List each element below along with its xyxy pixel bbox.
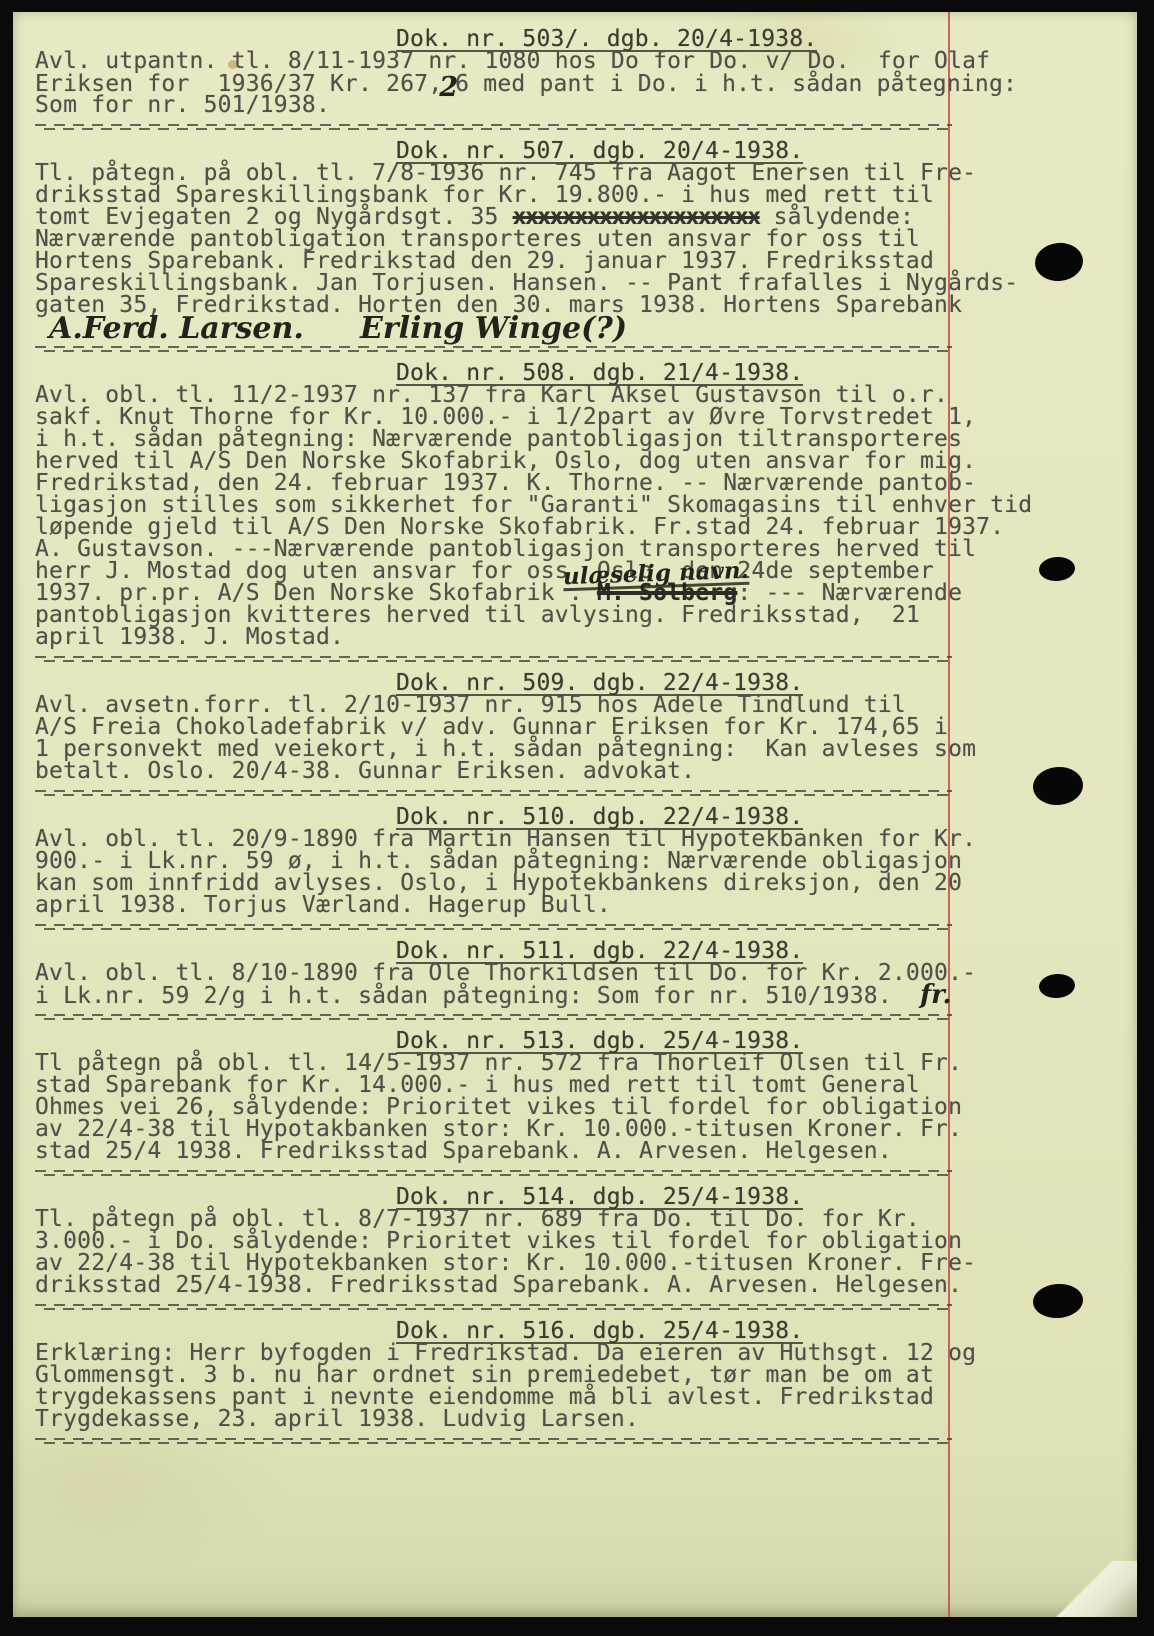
entry-line: stad Sparebank for Kr. 14.000.- i hus me… bbox=[35, 1074, 1115, 1096]
entry-line: Avl. avsetn.forr. tl. 2/10-1937 nr. 915 … bbox=[35, 694, 1115, 716]
entry-line: Ohmes vei 26, sålydende: Prioritet vikes… bbox=[35, 1096, 1115, 1118]
entry-header: Dok. nr. 513. dgb. 25/4-1938. bbox=[396, 1030, 1115, 1052]
entry-line: løpende gjeld til A/S Den Norske Skofabr… bbox=[35, 516, 1115, 538]
dashed-separator bbox=[35, 790, 952, 796]
entry-line: Spareskillingsbank. Jan Torjusen. Hansen… bbox=[35, 272, 1115, 294]
entry-line: herved til A/S Den Norske Skofabrik, Osl… bbox=[35, 450, 1115, 472]
register-entry-511: Dok. nr. 511. dgb. 22/4-1938.Avl. obl. t… bbox=[35, 940, 1115, 1020]
entry-line: april 1938. Torjus Værland. Hagerup Bull… bbox=[35, 894, 1115, 916]
entry-line: A. Gustavson. ---Nærværende pantobligasj… bbox=[35, 538, 1115, 560]
handwritten-text: A.Ferd. Larsen. bbox=[49, 311, 304, 346]
entry-line: av 22/4-38 til Hypotakbanken stor: Kr. 1… bbox=[35, 1118, 1115, 1140]
dashed-separator bbox=[35, 346, 952, 352]
entry-line: Tl. påtegn. på obl. tl. 7/8-1936 nr. 745… bbox=[35, 162, 1115, 184]
typed-text: april 1938. J. Mostad. bbox=[35, 624, 344, 650]
register-entry-509: Dok. nr. 509. dgb. 22/4-1938.Avl. avsetn… bbox=[35, 672, 1115, 796]
register-entry-507: Dok. nr. 507. dgb. 20/4-1938.Tl. påtegn.… bbox=[35, 140, 1115, 352]
entry-line: Trygdekasse, 23. april 1938. Ludvig Lars… bbox=[35, 1408, 1115, 1430]
register-entry-513: Dok. nr. 513. dgb. 25/4-1938.Tl påtegn p… bbox=[35, 1030, 1115, 1176]
entry-line: 1937. pr.pr. A/S Den Norske Skofabrik . … bbox=[35, 582, 1115, 604]
entry-line: betalt. Oslo. 20/4-38. Gunnar Eriksen. a… bbox=[35, 760, 1115, 782]
entry-line: 3.000.- i Do. sålydende: Prioritet vikes… bbox=[35, 1230, 1115, 1252]
entry-line: Fredrikstad, den 24. februar 1937. K. Th… bbox=[35, 472, 1115, 494]
dashed-separator bbox=[35, 124, 952, 130]
entry-line: A/S Freia Chokoladefabrik v/ adv. Gunnar… bbox=[35, 716, 1115, 738]
entry-line: Avl. utpantn. tl. 8/11-1937 nr. 1080 hos… bbox=[35, 50, 1115, 72]
entry-line: i Lk.nr. 59 2/g i h.t. sådan påtegning: … bbox=[35, 984, 1115, 1006]
register-entry-510: Dok. nr. 510. dgb. 22/4-1938.Avl. obl. t… bbox=[35, 806, 1115, 930]
entry-line: i h.t. sådan påtegning: Nærværende panto… bbox=[35, 428, 1115, 450]
entry-line: 900.- i Lk.nr. 59 ø, i h.t. sådan påtegn… bbox=[35, 850, 1115, 872]
entry-line: Nærværende pantobligation transporteres … bbox=[35, 228, 1115, 250]
entry-line: av 22/4-38 til Hypotekbanken stor: Kr. 1… bbox=[35, 1252, 1115, 1274]
entry-header: Dok. nr. 508. dgb. 21/4-1938. bbox=[396, 362, 1115, 384]
typed-text: driksstad 25/4-1938. Fredriksstad Spareb… bbox=[35, 1272, 962, 1298]
entry-header: Dok. nr. 503/. dgb. 20/4-1938. bbox=[396, 28, 1115, 50]
dashed-separator bbox=[35, 1014, 952, 1020]
entry-line: Hortens Sparebank. Fredrikstad den 29. j… bbox=[35, 250, 1115, 272]
struck-name-with-note: M. Solbergulæselig navn. bbox=[597, 582, 737, 604]
entry-line: pantobligasjon kvitteres herved til avly… bbox=[35, 604, 1115, 626]
entry-line: tomt Evjegaten 2 og Nygårdsgt. 35 xxxxxx… bbox=[35, 206, 1115, 228]
entry-line: trygdekassens pant i nevnte eiendomme må… bbox=[35, 1386, 1115, 1408]
entry-line: april 1938. J. Mostad. bbox=[35, 626, 1115, 648]
entry-line: A.Ferd. Larsen. Erling Winge(?) bbox=[35, 316, 1115, 346]
typed-text: stad 25/4 1938. Fredriksstad Sparebank. … bbox=[35, 1138, 892, 1164]
entry-line: Som for nr. 501/1938. bbox=[35, 94, 1115, 116]
entry-header: Dok. nr. 514. dgb. 25/4-1938. bbox=[396, 1186, 1115, 1208]
entry-line: Tl. påtegn på obl. tl. 8/7-1937 nr. 689 … bbox=[35, 1208, 1115, 1230]
register-entry-508: Dok. nr. 508. dgb. 21/4-1938.Avl. obl. t… bbox=[35, 362, 1115, 662]
dashed-separator bbox=[35, 1304, 952, 1310]
typed-text: Som for nr. 501/1938. bbox=[35, 92, 330, 118]
entry-line: Tl påtegn på obl. tl. 14/5-1937 nr. 572 … bbox=[35, 1052, 1115, 1074]
handwritten-digit: 2 bbox=[439, 77, 458, 99]
typed-text: april 1938. Torjus Værland. Hagerup Bull… bbox=[35, 892, 611, 918]
typed-text: betalt. Oslo. 20/4-38. Gunnar Eriksen. a… bbox=[35, 758, 695, 784]
entry-line: kan som innfridd avlyses. Oslo, i Hypote… bbox=[35, 872, 1115, 894]
typed-text bbox=[304, 318, 360, 344]
handwritten-text: fr. bbox=[920, 980, 952, 1010]
entry-line: Eriksen for 1936/37 Kr. 267,26 med pant … bbox=[35, 72, 1115, 94]
typed-text: i Lk.nr. 59 2/g i h.t. sådan påtegning: … bbox=[35, 983, 920, 1009]
entry-line: Erklæring: Herr byfogden i Fredrikstad. … bbox=[35, 1342, 1115, 1364]
entry-line: sakf. Knut Thorne for Kr. 10.000.- i 1/2… bbox=[35, 406, 1115, 428]
entry-line: driksstad 25/4-1938. Fredriksstad Spareb… bbox=[35, 1274, 1115, 1296]
entry-header: Dok. nr. 516. dgb. 25/4-1938. bbox=[396, 1320, 1115, 1342]
dashed-separator bbox=[35, 656, 952, 662]
register-page-text: Dok. nr. 503/. dgb. 20/4-1938.Avl. utpan… bbox=[35, 28, 1115, 1454]
register-entry-514: Dok. nr. 514. dgb. 25/4-1938.Tl. påtegn … bbox=[35, 1186, 1115, 1310]
register-entry-503: Dok. nr. 503/. dgb. 20/4-1938.Avl. utpan… bbox=[35, 28, 1115, 130]
scanned-register-page: { "colors": { "paper": "#e5e6be", "ink":… bbox=[0, 0, 1154, 1636]
paper-sheet: Dok. nr. 503/. dgb. 20/4-1938.Avl. utpan… bbox=[13, 12, 1137, 1617]
handwritten-text: Erling Winge(?) bbox=[360, 311, 627, 346]
page-corner-curl bbox=[1043, 1561, 1137, 1617]
entry-line: driksstad Spareskillingsbank for Kr. 19.… bbox=[35, 184, 1115, 206]
dashed-separator bbox=[35, 924, 952, 930]
dashed-separator bbox=[35, 1438, 952, 1444]
entry-header: Dok. nr. 511. dgb. 22/4-1938. bbox=[396, 940, 1115, 962]
dashed-separator bbox=[35, 1170, 952, 1176]
entry-line: Avl. obl. tl. 8/10-1890 fra Ole Thorkild… bbox=[35, 962, 1115, 984]
typed-text: 6 med pant i Do. i h.t. sådan påtegning: bbox=[455, 71, 1017, 97]
typed-text bbox=[35, 318, 49, 344]
register-entry-516: Dok. nr. 516. dgb. 25/4-1938.Erklæring: … bbox=[35, 1320, 1115, 1444]
entry-header: Dok. nr. 507. dgb. 20/4-1938. bbox=[396, 140, 1115, 162]
entry-line: 1 personvekt med veiekort, i h.t. sådan … bbox=[35, 738, 1115, 760]
entry-line: Glommensgt. 3 b. nu har ordnet sin premi… bbox=[35, 1364, 1115, 1386]
typed-text: Trygdekasse, 23. april 1938. Ludvig Lars… bbox=[35, 1406, 639, 1432]
entry-header: Dok. nr. 509. dgb. 22/4-1938. bbox=[396, 672, 1115, 694]
entry-header: Dok. nr. 510. dgb. 22/4-1938. bbox=[396, 806, 1115, 828]
entry-line: Avl. obl. tl. 11/2-1937 nr. 137 fra Karl… bbox=[35, 384, 1115, 406]
entry-line: Avl. obl. tl. 20/9-1890 fra Martin Hanse… bbox=[35, 828, 1115, 850]
entry-line: stad 25/4 1938. Fredriksstad Sparebank. … bbox=[35, 1140, 1115, 1162]
entry-line: ligasjon stilles som sikkerhet for "Gara… bbox=[35, 494, 1115, 516]
